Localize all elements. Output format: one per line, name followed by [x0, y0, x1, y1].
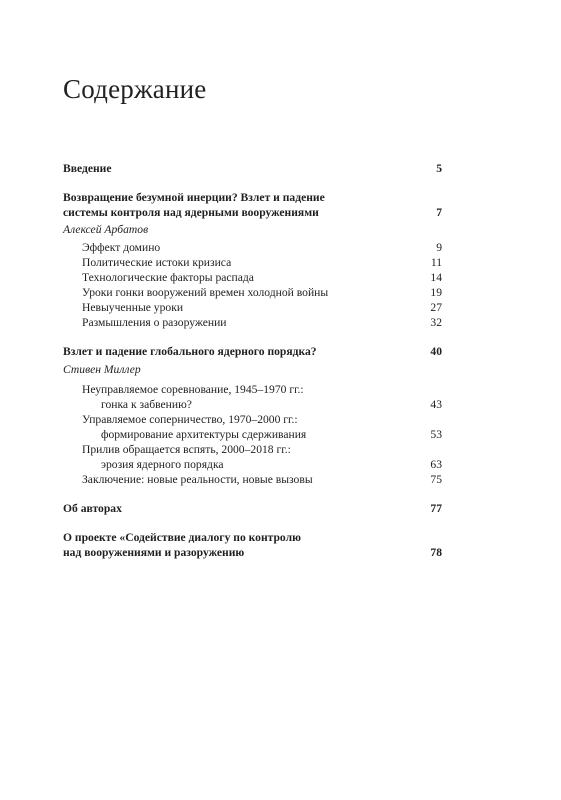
toc-subentry[interactable]: Управляемое соперничество, 1970–2000 гг.… — [63, 412, 442, 442]
toc-subentry-title-cont: эрозия ядерного порядка — [101, 457, 224, 472]
toc-entry-about[interactable]: Об авторах 77 — [63, 501, 442, 516]
toc-subentry[interactable]: Эффект домино9 — [63, 240, 442, 255]
toc-subentry[interactable]: Технологические факторы распада14 — [63, 270, 442, 285]
toc-entry-title: Об авторах — [63, 501, 122, 516]
toc-subentry-page: 27 — [422, 300, 442, 315]
toc-entry-title: Введение — [63, 161, 112, 176]
toc-subentry[interactable]: Уроки гонки вооружений времен холодной в… — [63, 285, 442, 300]
toc-entry-page: 78 — [422, 545, 442, 560]
toc-entry-section1[interactable]: Возвращение безумной инерции? Взлет и па… — [63, 190, 442, 220]
toc-subentry[interactable]: Размышления о разоружении32 — [63, 315, 442, 330]
toc-subentry-title: Прилив обращается вспять, 2000–2018 гг.: — [82, 442, 291, 457]
toc-entry-title: О проекте «Содействие диалогу по контрол… — [63, 530, 301, 545]
toc-subentry[interactable]: Прилив обращается вспять, 2000–2018 гг.:… — [63, 442, 442, 472]
toc-entry-page: 7 — [422, 205, 442, 220]
toc-entry-page: 40 — [422, 344, 442, 359]
toc-subentry-title: Неуправляемое соревнование, 1945–1970 гг… — [82, 382, 304, 397]
toc-subentry-page: 32 — [422, 315, 442, 330]
toc-subentry-page: 53 — [422, 427, 442, 442]
toc-subentry-title: Управляемое соперничество, 1970–2000 гг.… — [82, 412, 298, 427]
toc-subentry-page: 43 — [422, 397, 442, 412]
toc-subentry-title-cont: формирование архитектуры сдерживания — [101, 427, 306, 442]
toc-subentry-page: 63 — [422, 457, 442, 472]
toc-subentry-title: Технологические факторы распада — [82, 270, 254, 285]
toc-entry-title: Взлет и падение глобального ядерного пор… — [63, 344, 317, 359]
toc-subentry-title: Эффект домино — [82, 240, 160, 255]
toc-entry-title-cont: системы контроля над ядерными вооружения… — [63, 205, 319, 220]
toc-entry-intro[interactable]: Введение 5 — [63, 161, 442, 176]
toc-subentry[interactable]: Неуправляемое соревнование, 1945–1970 гг… — [63, 382, 442, 412]
toc-subentry-title: Невыученные уроки — [82, 300, 183, 315]
toc-subentry-title: Заключение: новые реальности, новые вызо… — [82, 472, 313, 487]
toc-subentry-title: Размышления о разоружении — [82, 315, 227, 330]
toc-entry-page: 77 — [422, 501, 442, 516]
toc-subentry-page: 19 — [422, 285, 442, 300]
toc-subentry-title: Политические истоки кризиса — [82, 255, 231, 270]
toc-subentry-title: Уроки гонки вооружений времен холодной в… — [82, 285, 328, 300]
toc-entry-title: Возвращение безумной инерции? Взлет и па… — [63, 190, 325, 205]
toc-author: Алексей Арбатов — [63, 222, 442, 237]
table-of-contents: Введение 5 Возвращение безумной инерции?… — [63, 160, 442, 560]
toc-subentry[interactable]: Невыученные уроки27 — [63, 300, 442, 315]
toc-entry-page: 5 — [422, 161, 442, 176]
toc-entry-project[interactable]: О проекте «Содействие диалогу по контрол… — [63, 530, 442, 560]
toc-subentry-page: 14 — [422, 270, 442, 285]
toc-subentry[interactable]: Политические истоки кризиса11 — [63, 255, 442, 270]
page-title: Содержание — [63, 74, 206, 105]
toc-author: Стивен Миллер — [63, 362, 442, 377]
toc-entry-title-cont: над вооружениями и разоружению — [63, 545, 244, 560]
toc-entry-section2[interactable]: Взлет и падение глобального ядерного пор… — [63, 344, 442, 359]
toc-subentry-page: 75 — [422, 472, 442, 487]
toc-subentry-page: 9 — [422, 240, 442, 255]
toc-subentry-page: 11 — [422, 255, 442, 270]
toc-subentry-title-cont: гонка к забвению? — [101, 397, 192, 412]
toc-subentry[interactable]: Заключение: новые реальности, новые вызо… — [63, 472, 442, 487]
